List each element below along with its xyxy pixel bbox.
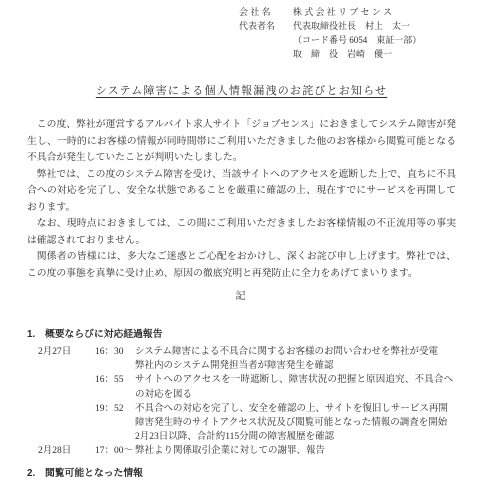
stock-code-label xyxy=(239,33,293,47)
incident-timeline: 2月27日 16：30 システム障害による不具合に関するお客様のお問い合わせを弊… xyxy=(38,345,456,459)
timeline-line: 2月23日以降、合計約115分間の障害履歴を確認 xyxy=(135,430,453,444)
paragraph-incident-summary: この度、弊社が運営するアルバイト求人サイト「ジョブセンス」におきましてシステム障… xyxy=(27,117,456,167)
timeline-entry-description: サイトへのアクセスを一時遮断し、障害状況の把握と原因追究、不具合への対応を図る xyxy=(135,373,453,401)
document-page: 会 社 名 株 式 会 社 リ ブ セ ン ス 代表者名 代表取締役社長 村上 … xyxy=(0,0,480,480)
timeline-entry-description: 不具合への対応を完了し、安全を確認の上、サイトを復旧しサービス再開 障害発生時の… xyxy=(135,402,453,445)
section-1-heading: 1. 概要ならびに対応経過報告 xyxy=(27,328,456,342)
body-paragraphs: この度、弊社が運営するアルバイト求人サイト「ジョブセンス」におきましてシステム障… xyxy=(27,117,456,282)
timeline-entry-time: 16：30 xyxy=(95,345,135,359)
timeline-line: 障害発生時のサイトアクセス状況及び閲覧可能となった情報の調査を開始 xyxy=(135,416,453,430)
timeline-entry: 19：52 不具合への対応を完了し、安全を確認の上、サイトを復旧しサービス再開 … xyxy=(38,402,456,445)
header-row-stock-code: （コード番号 6054 東証一部） xyxy=(239,33,456,47)
timeline-entry: 16：55 サイトへのアクセスを一時遮断し、障害状況の把握と原因追究、不具合への… xyxy=(38,373,456,401)
header-row-representative: 代表者名 代表取締役社長 村上 太一 xyxy=(239,19,456,33)
director-label xyxy=(239,47,293,61)
timeline-entry-description: 弊社より関係取引企業に対しての謝罪、報告 xyxy=(135,444,453,458)
timeline-entry-date: 2月28日 xyxy=(38,444,95,458)
timeline-entry: 2月28日 17：00～ 弊社より関係取引企業に対しての謝罪、報告 xyxy=(38,444,456,458)
section-2-heading: 2. 閲覧可能となった情報 xyxy=(27,467,456,480)
paragraph-no-misuse: なお、現時点におきましては、この間にご利用いただきましたお客様情報の不正流用等の… xyxy=(27,216,456,249)
timeline-line: サイトへのアクセスを一時遮断し、障害状況の把握と原因追究、不具合への対応を図る xyxy=(135,373,453,401)
timeline-entry-time: 17：00～ xyxy=(95,444,135,458)
document-title: システム障害による個人情報漏洩のお詫びとお知らせ xyxy=(27,82,456,98)
timeline-entry-date: 2月27日 xyxy=(38,345,95,359)
director-value: 取 締 役 岩崎 優一 xyxy=(293,47,392,61)
paragraph-apology: 関係者の皆様には、多大なご迷惑とご心配をおかけし、深くお詫び申し上げます。弊社で… xyxy=(27,249,456,282)
header-row-company: 会 社 名 株 式 会 社 リ ブ セ ン ス xyxy=(239,5,456,19)
representative-value: 代表取締役社長 村上 太一 xyxy=(293,19,410,33)
timeline-entry-description: システム障害による不具合に関するお客様のお問い合わせを弊社が受電 弊社内のシステ… xyxy=(135,345,453,373)
timeline-entry-time: 16：55 xyxy=(95,373,135,387)
timeline-line: 不具合への対応を完了し、安全を確認の上、サイトを復旧しサービス再開 xyxy=(135,402,453,416)
stock-code-value: （コード番号 6054 東証一部） xyxy=(293,33,421,47)
timeline-entry-time: 19：52 xyxy=(95,402,135,416)
company-header: 会 社 名 株 式 会 社 リ ブ セ ン ス 代表者名 代表取締役社長 村上 … xyxy=(239,5,456,61)
company-name-value: 株 式 会 社 リ ブ セ ン ス xyxy=(293,5,392,19)
ki-separator: 記 xyxy=(27,290,456,304)
timeline-line: システム障害による不具合に関するお客様のお問い合わせを弊社が受電 xyxy=(135,345,453,359)
timeline-line: 弊社より関係取引企業に対しての謝罪、報告 xyxy=(135,444,453,458)
timeline-entry: 2月27日 16：30 システム障害による不具合に関するお客様のお問い合わせを弊… xyxy=(38,345,456,373)
header-row-director: 取 締 役 岩崎 優一 xyxy=(239,47,456,61)
timeline-line: 弊社内のシステム開発担当者が障害発生を確認 xyxy=(135,359,453,373)
paragraph-response: 弊社では、この度のシステム障害を受け、当該サイトへのアクセスを遮断した上で、直ち… xyxy=(27,167,456,217)
company-name-label: 会 社 名 xyxy=(239,5,293,19)
representative-label: 代表者名 xyxy=(239,19,293,33)
